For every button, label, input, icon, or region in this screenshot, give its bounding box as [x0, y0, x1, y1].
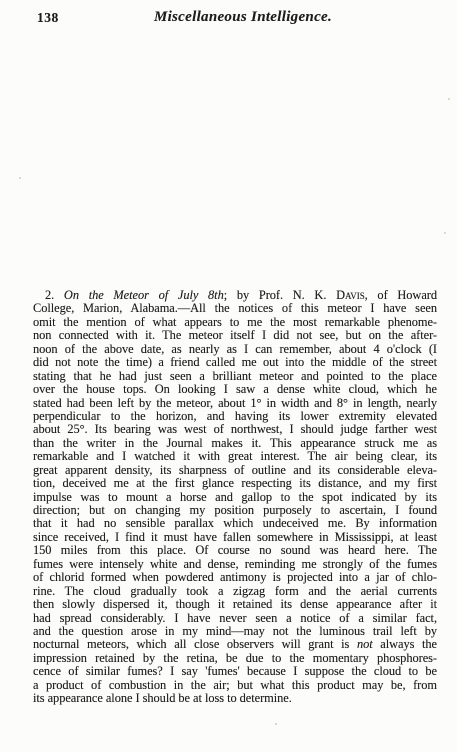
text-line: 150 miles from this place. Of course no …	[33, 544, 437, 557]
text-line: rine. The cloud gradually took a zigzag …	[33, 585, 437, 598]
page-number: 138	[37, 10, 59, 26]
article-body: 2. On the Meteor of July 8th; by Prof. N…	[33, 289, 437, 706]
text-line: that it had no sensible parallax which u…	[33, 517, 437, 530]
text-line: impression retained by the retina, be du…	[33, 652, 437, 665]
text-line: 2. On the Meteor of July 8th; by Prof. N…	[33, 289, 437, 302]
scan-speck	[19, 177, 21, 179]
text-line: of chlorid formed when powdered antimony…	[33, 571, 437, 584]
text-line: and the question arose in my mind—may no…	[33, 625, 437, 638]
text-line: omit the mention of what appears to me t…	[33, 316, 437, 329]
scanned-journal-page: 138 Miscellaneous Intelligence. 2. On th…	[0, 0, 457, 752]
scan-speck	[448, 98, 450, 100]
running-title: Miscellaneous Intelligence.	[33, 9, 437, 26]
text-line: College, Marion, Alabama.—All the notice…	[33, 302, 437, 315]
line-segment: nocturnal meteors, which all close obser…	[33, 637, 357, 651]
author-name: Davis	[336, 288, 365, 302]
byline-affiliation: , of Howard	[365, 288, 437, 302]
text-line: about 25°. Its bearing was west of north…	[33, 423, 437, 436]
scan-speck	[275, 723, 277, 725]
scan-speck	[444, 232, 446, 234]
text-line: had spread considerably. I have never se…	[33, 612, 437, 625]
text-line: its appearance alone I should be at loss…	[33, 692, 437, 705]
text-line: direction; but on changing my position p…	[33, 504, 437, 517]
byline: ; by Prof. N. K.	[224, 288, 336, 302]
article-title: On the Meteor of July 8th	[64, 288, 224, 302]
text-line: a product of combustion in the air; but …	[33, 679, 437, 692]
text-line: non connected with it. The meteor itself…	[33, 329, 437, 342]
text-line: nocturnal meteors, which all close obser…	[33, 638, 437, 651]
emphasized-word: not	[357, 637, 373, 651]
text-line: did not note the time) a friend called m…	[33, 356, 437, 369]
text-line: fumes were intensely white and dense, re…	[33, 558, 437, 571]
text-line: noon of the above date, as nearly as I c…	[33, 343, 437, 356]
text-line: then slowly dispersed it, though it reta…	[33, 598, 437, 611]
text-line: stated had been left by the meteor, abou…	[33, 397, 437, 410]
text-line: cence of similar fumes? I say 'fumes' be…	[33, 665, 437, 678]
text-line: perpendicular to the horizon, and having…	[33, 410, 437, 423]
section-number: 2.	[45, 288, 64, 302]
text-line: tion, deceived me at the first glance re…	[33, 477, 437, 490]
text-line: impulse was to mount a horse and gallop …	[33, 491, 437, 504]
text-line: stating that he had just seen a brillian…	[33, 370, 437, 383]
page-header: 138 Miscellaneous Intelligence.	[33, 9, 437, 27]
text-line: over the house tops. On looking I saw a …	[33, 383, 437, 396]
text-line: great apparent density, its sharpness of…	[33, 464, 437, 477]
text-line: than the writer in the Journal makes it.…	[33, 437, 437, 450]
text-line: remarkable and I watched it with great i…	[33, 450, 437, 463]
text-line: since received, I find it must have fall…	[33, 531, 437, 544]
line-segment: always the	[373, 637, 437, 651]
